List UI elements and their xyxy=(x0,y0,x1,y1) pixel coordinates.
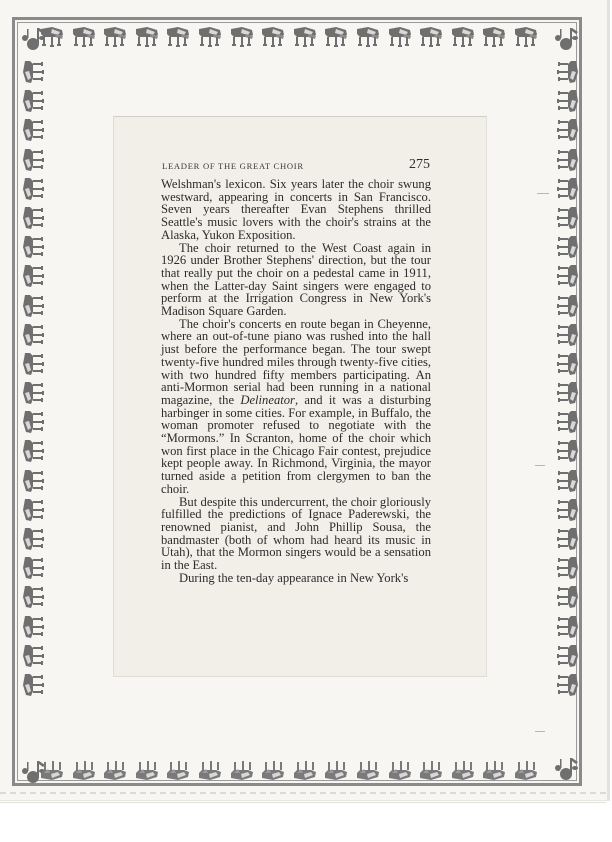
grand-piano-icon xyxy=(38,24,66,50)
grand-piano-icon xyxy=(512,24,540,50)
grand-piano-icon xyxy=(553,525,581,551)
grand-piano-icon xyxy=(553,58,581,84)
music-notes-icon xyxy=(553,24,579,54)
grand-piano-icon xyxy=(20,262,48,288)
grand-piano-icon xyxy=(553,175,581,201)
grand-piano-icon xyxy=(386,757,414,783)
grand-piano-icon xyxy=(101,24,129,50)
grand-piano-icon xyxy=(354,24,382,50)
grand-piano-icon xyxy=(553,583,581,609)
pencil-mark xyxy=(535,465,545,466)
grand-piano-icon xyxy=(20,233,48,259)
grand-piano-icon xyxy=(259,757,287,783)
grand-piano-icon xyxy=(553,437,581,463)
paragraph: Welshman's lexicon. Six years later the … xyxy=(161,178,431,242)
grand-piano-icon xyxy=(20,58,48,84)
grand-piano-icon xyxy=(291,24,319,50)
grand-piano-icon xyxy=(322,757,350,783)
grand-piano-icon xyxy=(196,757,224,783)
grand-piano-icon xyxy=(101,757,129,783)
grand-piano-icon xyxy=(20,583,48,609)
grand-piano-icon xyxy=(20,437,48,463)
grand-piano-icon xyxy=(553,204,581,230)
body-text: Welshman's lexicon. Six years later the … xyxy=(161,178,431,585)
grand-piano-icon xyxy=(70,757,98,783)
border-left-column xyxy=(20,58,48,697)
grand-piano-icon xyxy=(20,87,48,113)
grand-piano-icon xyxy=(20,116,48,142)
paragraph: During the ten-day appearance in New Yor… xyxy=(161,572,431,585)
grand-piano-icon xyxy=(164,757,192,783)
grand-piano-icon xyxy=(553,642,581,668)
grand-piano-icon xyxy=(20,613,48,639)
sheet-protector-edge xyxy=(0,792,606,803)
running-head: LEADER OF THE GREAT CHOIR xyxy=(162,161,430,171)
grand-piano-icon xyxy=(480,757,508,783)
grand-piano-icon xyxy=(20,525,48,551)
grand-piano-icon xyxy=(70,24,98,50)
grand-piano-icon xyxy=(449,757,477,783)
grand-piano-icon xyxy=(449,24,477,50)
grand-piano-icon xyxy=(553,408,581,434)
grand-piano-icon xyxy=(20,292,48,318)
grand-piano-icon xyxy=(259,24,287,50)
grand-piano-icon xyxy=(553,671,581,697)
pencil-mark xyxy=(537,193,549,194)
grand-piano-icon xyxy=(386,24,414,50)
grand-piano-icon xyxy=(228,24,256,50)
pencil-mark xyxy=(535,731,545,732)
grand-piano-icon xyxy=(20,467,48,493)
grand-piano-icon xyxy=(20,321,48,347)
grand-piano-icon xyxy=(553,350,581,376)
grand-piano-icon xyxy=(553,496,581,522)
grand-piano-icon xyxy=(291,757,319,783)
grand-piano-icon xyxy=(20,350,48,376)
grand-piano-icon xyxy=(512,757,540,783)
paragraph: The choir's concerts en route began in C… xyxy=(161,318,431,496)
grand-piano-icon xyxy=(20,146,48,172)
music-notes-icon xyxy=(553,754,579,784)
grand-piano-icon xyxy=(20,175,48,201)
grand-piano-icon xyxy=(354,757,382,783)
grand-piano-icon xyxy=(553,233,581,259)
grand-piano-icon xyxy=(20,496,48,522)
page-number: 275 xyxy=(400,157,430,173)
grand-piano-icon xyxy=(417,757,445,783)
grand-piano-icon xyxy=(553,87,581,113)
grand-piano-icon xyxy=(553,467,581,493)
border-bottom-row xyxy=(38,757,540,785)
grand-piano-icon xyxy=(20,204,48,230)
grand-piano-icon xyxy=(417,24,445,50)
grand-piano-icon xyxy=(38,757,66,783)
grand-piano-icon xyxy=(553,379,581,405)
grand-piano-icon xyxy=(164,24,192,50)
grand-piano-icon xyxy=(553,116,581,142)
grand-piano-icon xyxy=(480,24,508,50)
grand-piano-icon xyxy=(553,613,581,639)
grand-piano-icon xyxy=(553,554,581,580)
paragraph: But despite this undercurrent, the choir… xyxy=(161,496,431,572)
paragraph-text: , and it was a disturbing harbinger in s… xyxy=(161,393,431,496)
grand-piano-icon xyxy=(322,24,350,50)
grand-piano-icon xyxy=(553,292,581,318)
grand-piano-icon xyxy=(553,262,581,288)
grand-piano-icon xyxy=(20,671,48,697)
grand-piano-icon xyxy=(228,757,256,783)
grand-piano-icon xyxy=(133,757,161,783)
paragraph: The choir returned to the West Coast aga… xyxy=(161,242,431,318)
border-right-column xyxy=(553,58,581,697)
grand-piano-icon xyxy=(133,24,161,50)
grand-piano-icon xyxy=(20,554,48,580)
grand-piano-icon xyxy=(553,146,581,172)
grand-piano-icon xyxy=(196,24,224,50)
grand-piano-icon xyxy=(20,642,48,668)
grand-piano-icon xyxy=(553,321,581,347)
grand-piano-icon xyxy=(20,408,48,434)
grand-piano-icon xyxy=(20,379,48,405)
border-top-row xyxy=(38,24,540,52)
